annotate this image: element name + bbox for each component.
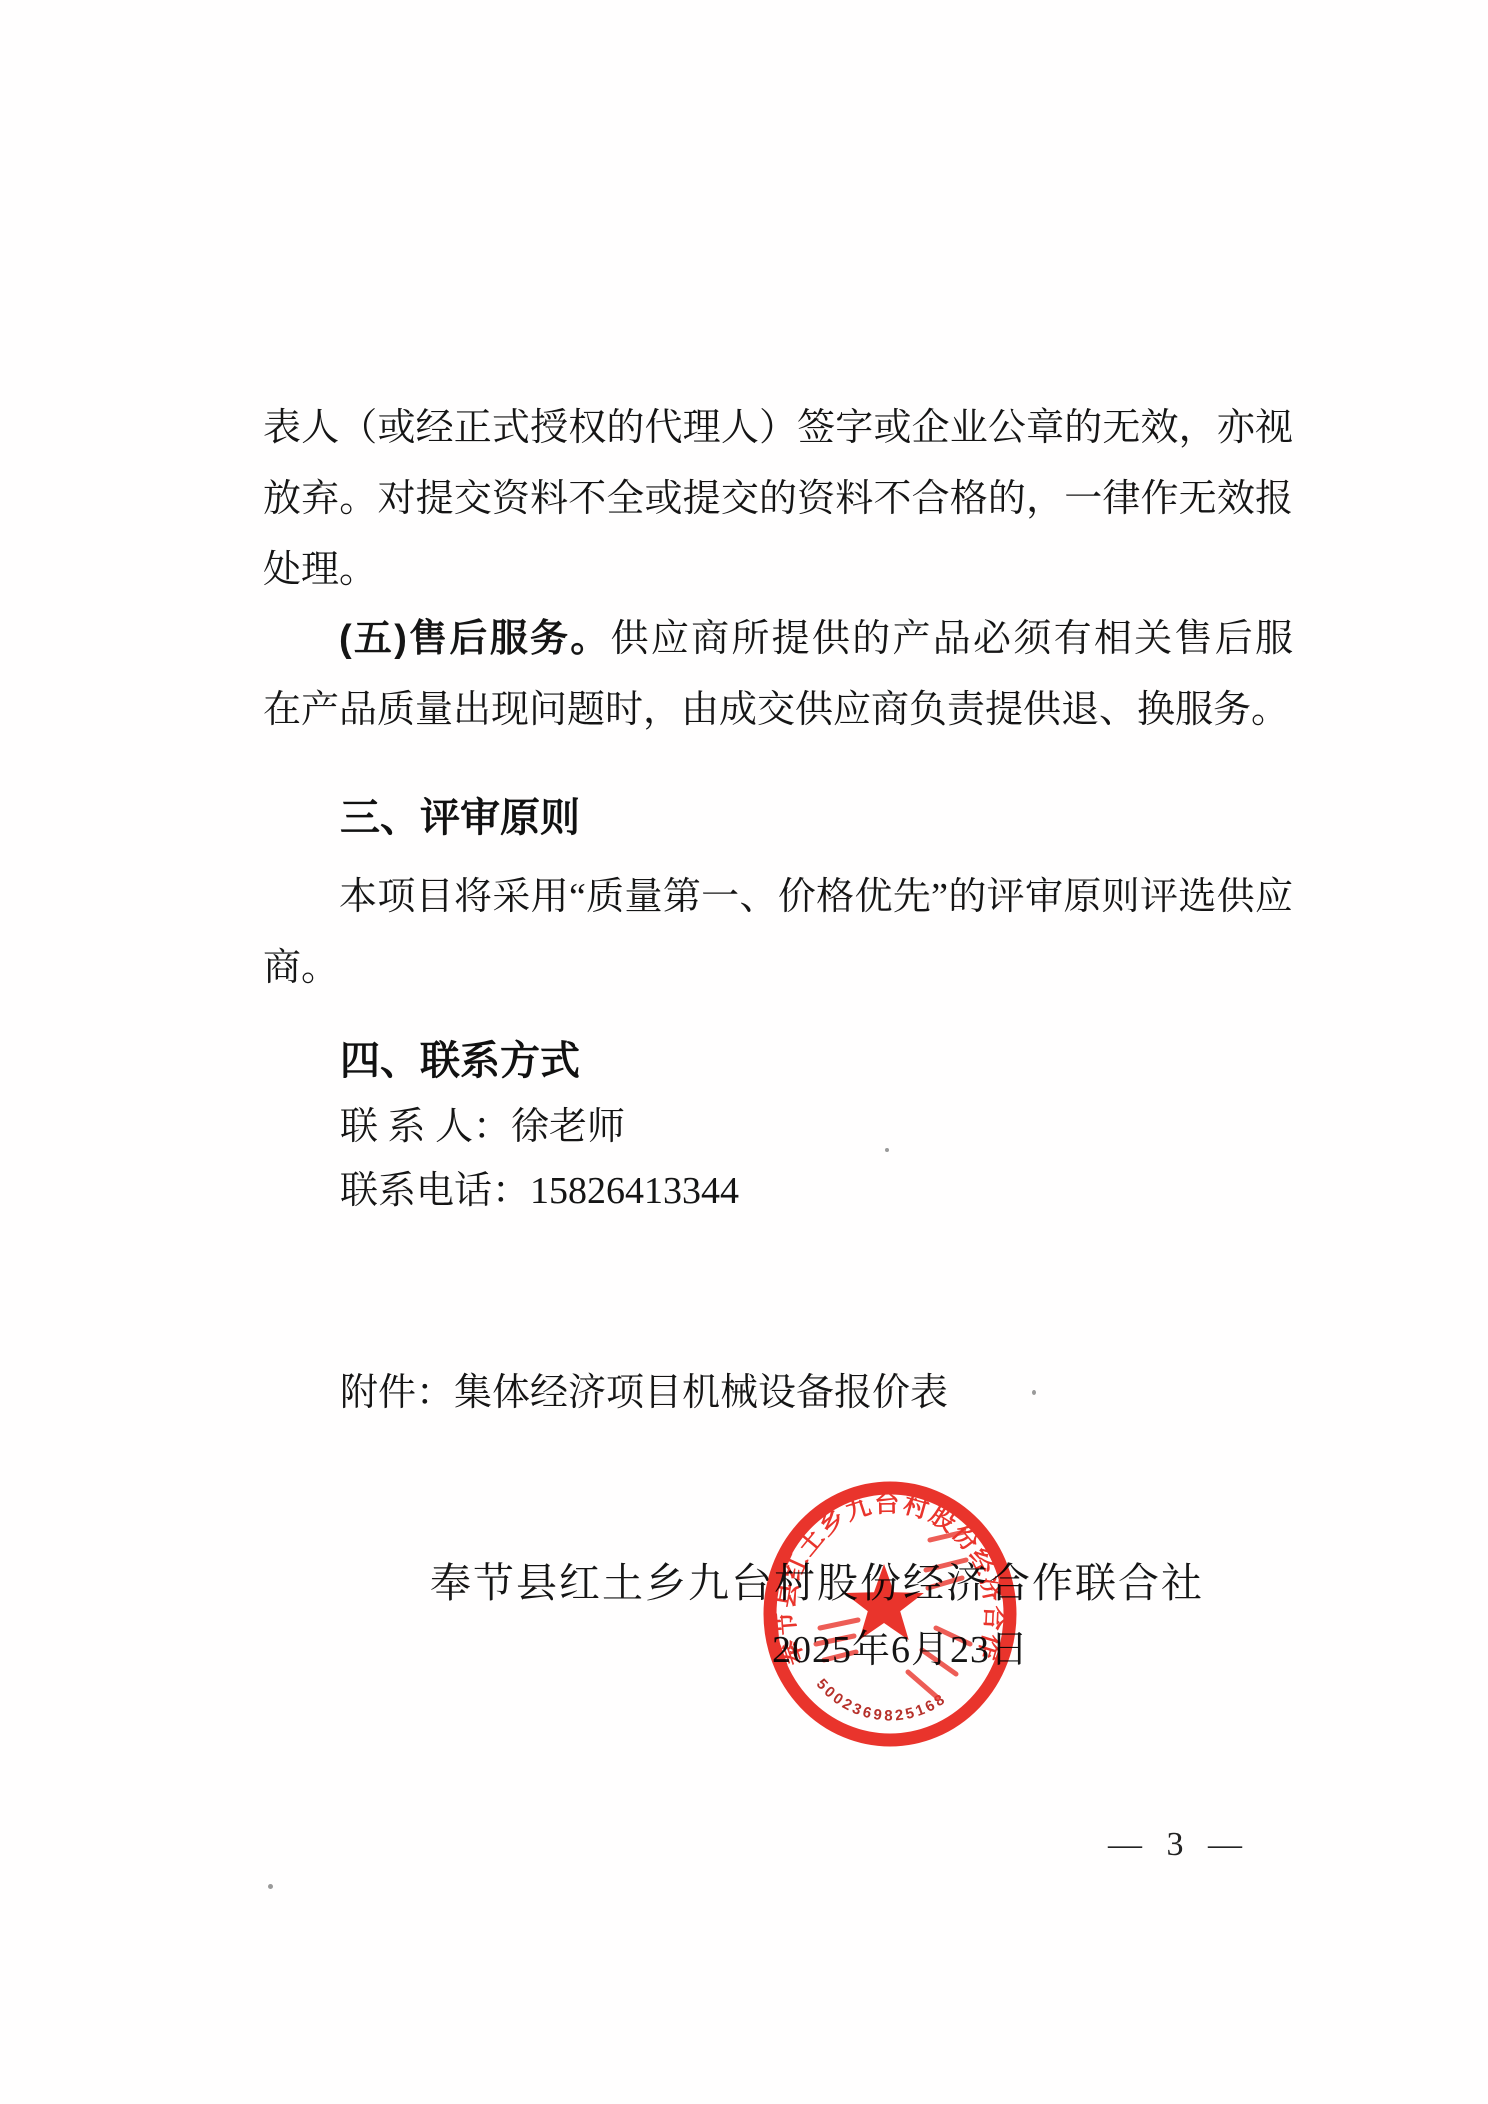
paragraph-after-sales: (五)售后服务。供应商所提供的产品必须有相关售后服务， 在产品质量出现问题时，由…	[263, 604, 1293, 746]
scan-speck	[268, 1884, 273, 1889]
section-heading-review-principles: 三、评审原则	[340, 795, 580, 841]
paragraph-line: 本项目将采用“质量第一、价格优先”的评审原则评选供应	[263, 862, 1293, 933]
paragraph-line: (五)售后服务。供应商所提供的产品必须有相关售后服务，	[263, 604, 1293, 675]
contact-phone-line: 联系电话：15826413344	[340, 1156, 739, 1227]
paragraph-line: 放弃。对提交资料不全或提交的资料不合格的，一律作无效报价	[263, 464, 1293, 535]
after-sales-label: (五)售后服务。	[339, 618, 611, 660]
page-number: — 3 —	[1108, 1826, 1250, 1864]
paragraph-review-principles: 本项目将采用“质量第一、价格优先”的评审原则评选供应 商。	[263, 862, 1293, 1004]
seal-star-icon	[844, 1564, 924, 1640]
paragraph-continuation: 表人（或经正式授权的代理人）签字或企业公章的无效，亦视为 放弃。对提交资料不全或…	[263, 393, 1293, 606]
seal-code-text-path: 5002369825168	[813, 1676, 950, 1725]
paragraph-line: 商。	[263, 933, 1293, 1004]
scan-speck	[1032, 1390, 1036, 1395]
contact-name-line: 联 系 人：徐老师	[340, 1092, 625, 1163]
paragraph-line: 表人（或经正式授权的代理人）签字或企业公章的无效，亦视为	[263, 393, 1293, 464]
section-heading-contact: 四、联系方式	[340, 1038, 580, 1084]
document-page: 表人（或经正式授权的代理人）签字或企业公章的无效，亦视为 放弃。对提交资料不全或…	[0, 0, 1488, 2104]
paragraph-line: 处理。	[263, 535, 1293, 606]
seal-code-text: 5002369825168	[813, 1676, 950, 1725]
attachment-line: 附件：集体经济项目机械设备报价表	[340, 1358, 948, 1429]
scan-speck	[885, 1148, 889, 1152]
seal-graphic: 奉节县红土乡九台村股份经济合作联合社 5002369825168	[758, 1478, 1022, 1750]
official-seal: 奉节县红土乡九台村股份经济合作联合社 5002369825168	[758, 1478, 1022, 1750]
paragraph-line: 在产品质量出现问题时，由成交供应商负责提供退、换服务。	[263, 675, 1293, 746]
